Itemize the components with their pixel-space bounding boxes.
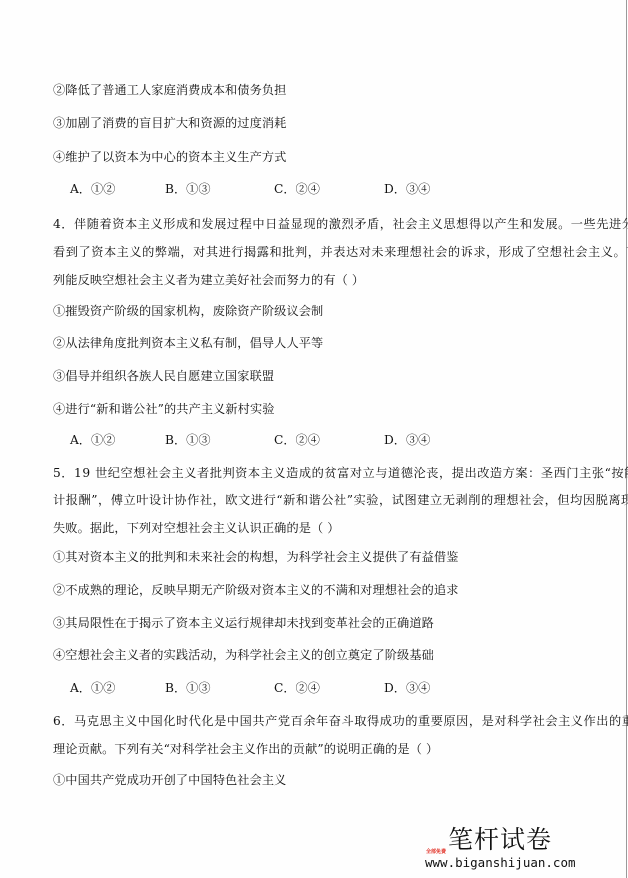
q3-choice-a: A．①② — [70, 181, 115, 197]
watermark-url: www.biganshijuan.com — [425, 855, 576, 871]
q6-option-1: ①中国共产党成功开创了中国特色社会主义 — [53, 772, 286, 788]
q3-option-2: ②降低了普通工人家庭消费成本和债务负担 — [53, 82, 286, 98]
q4-stem-line-1: 4．伴随着资本主义形成和发展过程中日益显现的激烈矛盾，社会主义思想得以产生和发展… — [53, 216, 628, 232]
q4-option-4: ④进行“新和谐公社”的共产主义新村实验 — [53, 401, 275, 417]
q4-choice-d: D．③④ — [384, 432, 430, 448]
q5-choice-c: C．②④ — [274, 680, 320, 696]
q4-choice-a: A．①② — [70, 432, 115, 448]
document-page: ②降低了普通工人家庭消费成本和债务负担 ③加剧了消费的盲目扩大和资源的过度消耗 … — [0, 0, 627, 878]
q4-stem-line-2: 看到了资本主义的弊端，对其进行揭露和批判，并表达对未来理想社会的诉求，形成了空想… — [53, 244, 628, 260]
watermark-logo: 笔杆试卷 全部免费 www.biganshijuan.com — [425, 825, 605, 875]
q5-option-2: ②不成熟的理论，反映早期无产阶级对资本主义的不满和对理想社会的追求 — [53, 582, 459, 598]
q3-option-3: ③加剧了消费的盲目扩大和资源的过度消耗 — [53, 115, 286, 131]
q4-option-2: ②从法律角度批判资本主义私有制，倡导人人平等 — [53, 335, 323, 351]
q4-choice-b: B．①③ — [165, 432, 211, 448]
q6-stem-line-2: 理论贡献。下列有关“对科学社会主义作出的贡献”的说明正确的是（ ） — [53, 741, 438, 757]
q3-choice-c: C．②④ — [274, 181, 320, 197]
q5-stem-line-3: 失败。据此，下列对空想社会主义认识正确的是（ ） — [53, 520, 340, 536]
q4-option-3: ③倡导并组织各族人民自愿建立国家联盟 — [53, 368, 274, 384]
q4-choice-c: C．②④ — [274, 432, 320, 448]
q5-choice-b: B．①③ — [165, 680, 211, 696]
q3-choice-d: D．③④ — [384, 181, 430, 197]
q4-option-1: ①摧毁资产阶级的国家机构，废除资产阶级议会制 — [53, 303, 323, 319]
q5-choice-a: A．①② — [70, 680, 115, 696]
q6-stem-line-1: 6．马克思主义中国化时代化是中国共产党百余年奋斗取得成功的重要原因，是对科学社会… — [53, 713, 628, 729]
q5-option-3: ③其局限性在于揭示了资本主义运行规律却未找到变革社会的正确道路 — [53, 615, 434, 631]
watermark-title: 笔杆试卷 — [448, 825, 552, 855]
q3-option-4: ④维护了以资本为中心的资本主义生产方式 — [53, 149, 286, 165]
q5-stem-line-1: 5．19 世纪空想社会主义者批判资本主义造成的贫富对立与道德沦丧，提出改造方案：… — [53, 465, 628, 481]
q5-stem-line-2: 计报酬”，傅立叶设计协作社，欧文进行“新和谐公社”实验，试图建立无剥削的理想社会… — [53, 492, 628, 508]
q4-stem-line-3: 列能反映空想社会主义者为建立美好社会而努力的有（ ） — [53, 272, 364, 288]
q3-choice-b: B．①③ — [165, 181, 211, 197]
q5-option-1: ①其对资本主义的批判和未来社会的构想，为科学社会主义提供了有益借鉴 — [53, 549, 459, 565]
q5-choice-d: D．③④ — [384, 680, 430, 696]
q5-option-4: ④空想社会主义者的实践活动，为科学社会主义的创立奠定了阶级基础 — [53, 647, 434, 663]
